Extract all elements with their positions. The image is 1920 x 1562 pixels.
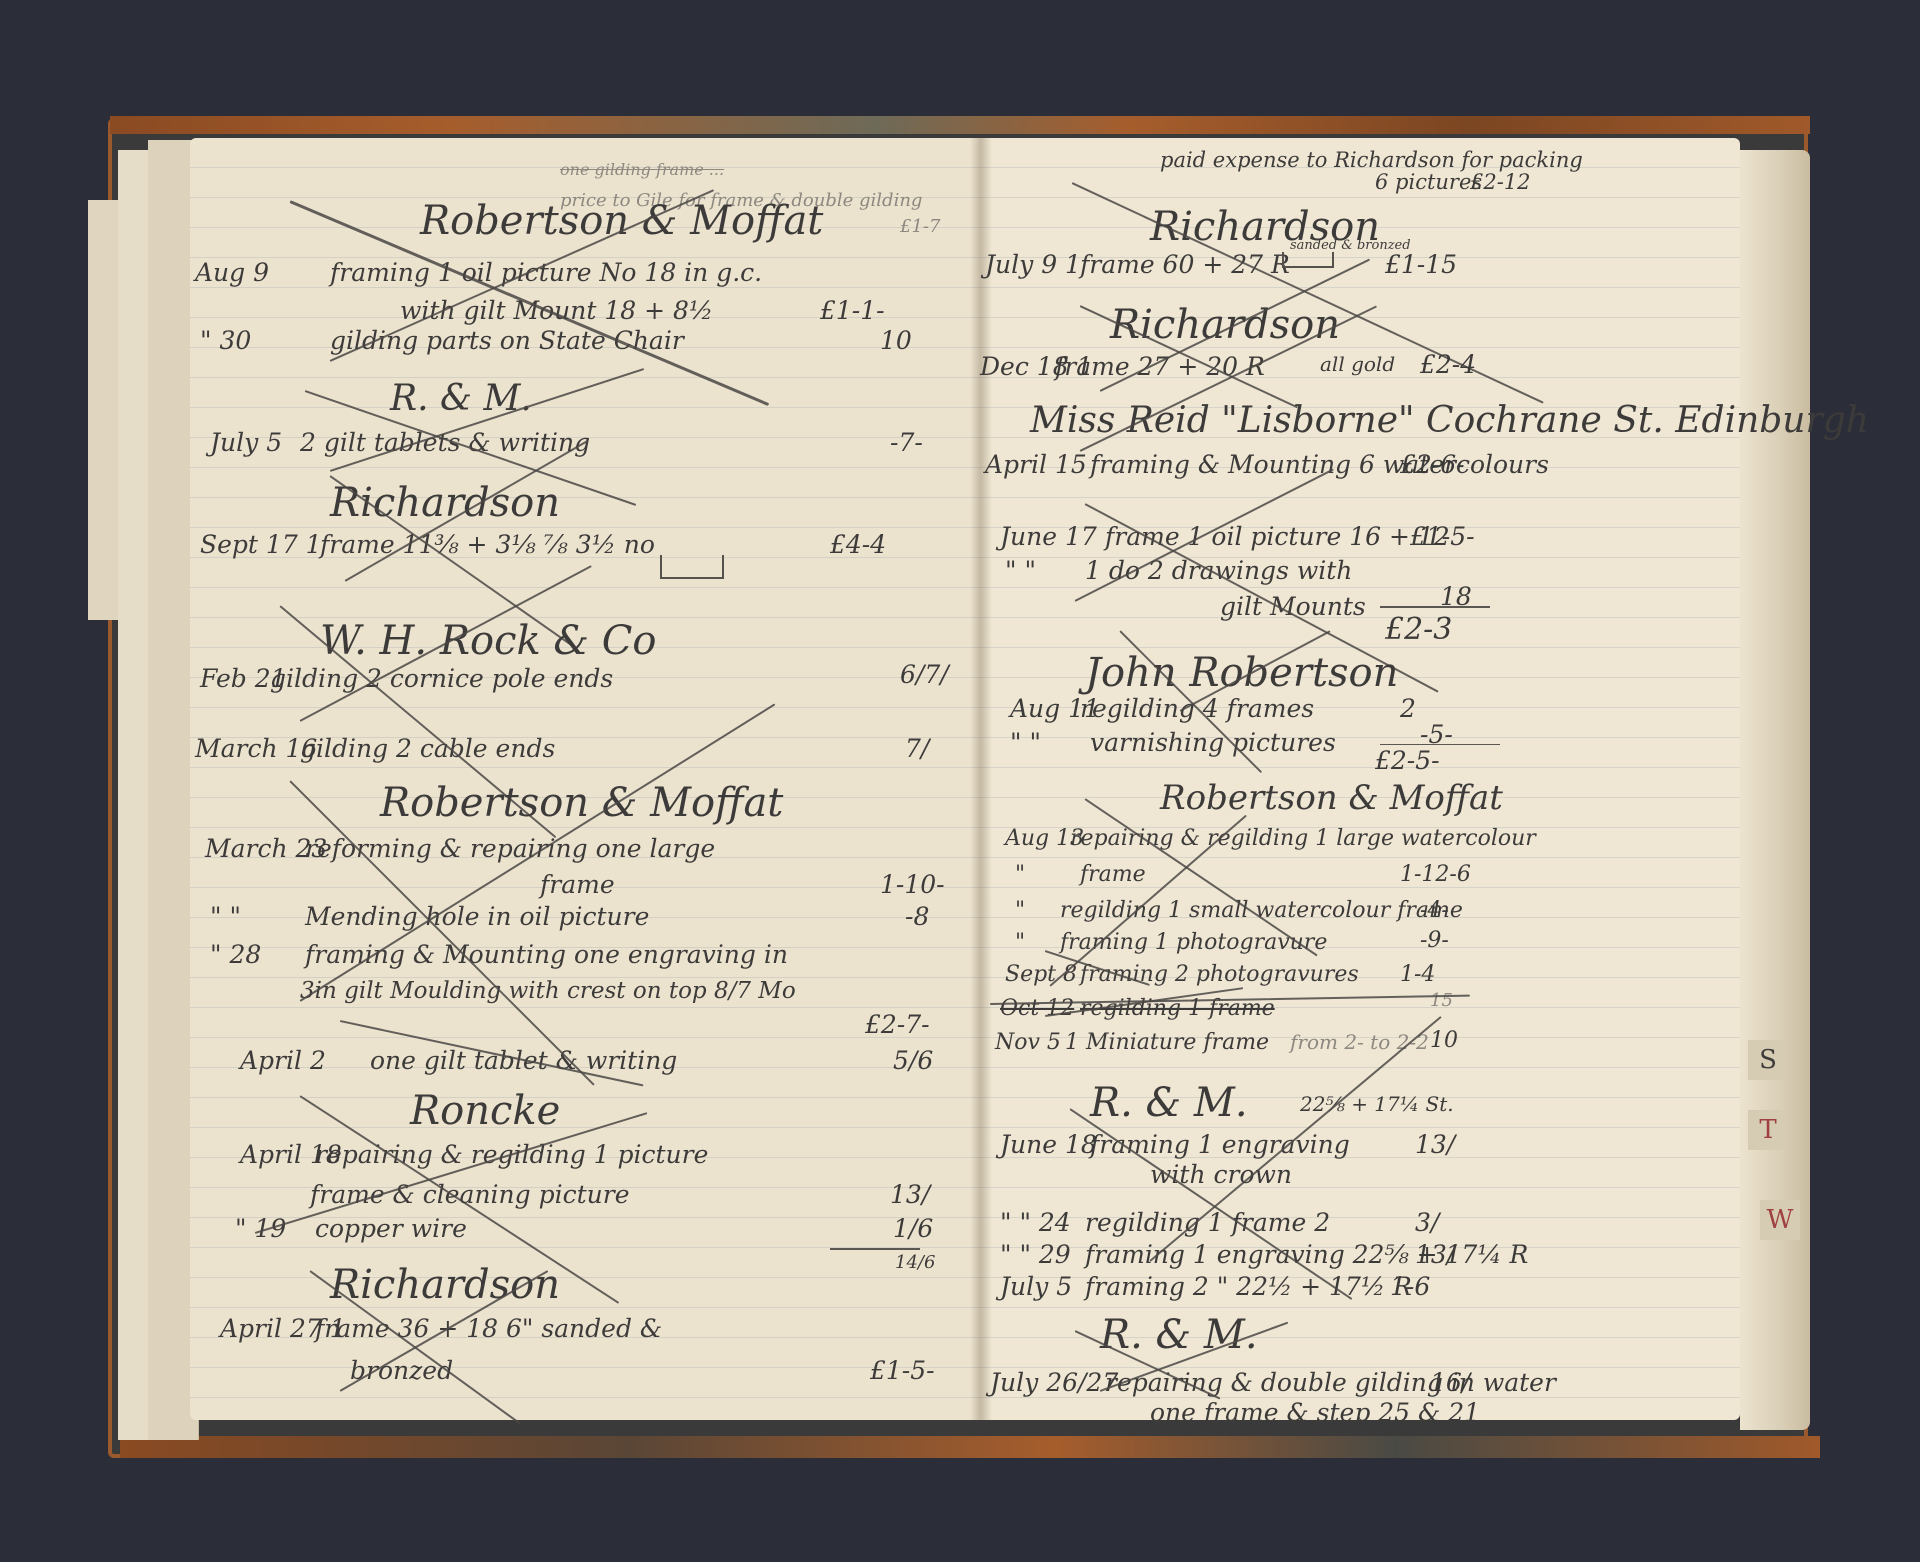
entry-amount: -9- xyxy=(1420,928,1449,953)
entry-note: all gold xyxy=(1320,352,1395,376)
account-name: John Robertson xyxy=(1085,650,1398,696)
total-rule xyxy=(1380,744,1500,745)
entry-desc: repairing & double gilding in water xyxy=(1105,1368,1556,1397)
entry-desc: framing 1 engraving xyxy=(1090,1130,1350,1159)
index-tab-w[interactable]: W xyxy=(1760,1200,1800,1240)
account-name: Miss Reid "Lisborne" Cochrane St. Edinbu… xyxy=(1030,400,1869,441)
entry-amount: 13/ xyxy=(1415,1130,1455,1159)
entry-amount: -7- xyxy=(890,428,923,457)
entry-desc: 3in gilt Moulding with crest on top 8/7 … xyxy=(300,978,796,1004)
entry-desc: one frame & step 25 & 21 xyxy=(1150,1398,1480,1427)
entry-date: June 18 xyxy=(1000,1130,1097,1159)
account-name: R. & M. xyxy=(1100,1312,1258,1358)
index-tab-s[interactable]: S xyxy=(1748,1040,1788,1080)
entry-desc: frame 36 + 18 6" sanded & xyxy=(315,1314,662,1343)
top-note-line2: 6 pictures xyxy=(1375,170,1482,194)
entry-amount: £4-4 xyxy=(830,530,886,559)
entry-amount: £1-15 xyxy=(1385,250,1457,279)
entry-amount: 10 xyxy=(880,326,912,355)
entry-desc: with crown xyxy=(1150,1160,1292,1189)
entry-amount: £1-5- xyxy=(1410,522,1475,551)
entry-amount: -8 xyxy=(905,902,929,931)
left-page-stack xyxy=(88,140,198,1440)
entry-desc: framing 2 " 22½ + 17½ R xyxy=(1085,1272,1412,1301)
entry-date: Sept 17 1 xyxy=(200,530,322,559)
account-name: Roncke xyxy=(410,1088,560,1134)
entry-date: " " 29 xyxy=(1000,1240,1071,1269)
entry-date: " " xyxy=(1010,728,1041,757)
entry-amount: £2-6- xyxy=(1400,450,1465,479)
entry-date: April 2 xyxy=(240,1046,326,1075)
entry-date: " " xyxy=(1005,556,1036,585)
total-rule xyxy=(1380,606,1490,608)
account-name: R. & M. xyxy=(1090,1080,1248,1126)
account-name: W. H. Rock & Co xyxy=(320,618,656,664)
binding-top-edge xyxy=(110,116,1810,134)
entry-amount: £1-5- xyxy=(870,1356,935,1385)
moulding-sketch xyxy=(660,555,724,579)
entry-amount: 6/7/ xyxy=(900,660,949,689)
top-note-amount: £1-7 xyxy=(900,216,940,237)
entry-amount: 13/ xyxy=(1415,1240,1455,1269)
entry-desc: copper wire xyxy=(315,1214,467,1243)
entry-date: July 9 1 xyxy=(985,250,1081,279)
entry-desc: Mending hole in oil picture xyxy=(305,902,649,931)
entry-desc: gilding parts on State Chair xyxy=(330,326,684,355)
entry-desc: frame xyxy=(540,870,615,899)
entry-desc: with gilt Mount 18 + 8½ xyxy=(400,296,713,325)
entry-date: " " 24 xyxy=(1000,1208,1071,1237)
entry-amount: -4- xyxy=(1420,898,1449,923)
binding-bottom-edge xyxy=(120,1436,1820,1458)
moulding-sketch xyxy=(1282,252,1334,268)
entry-desc: 1 Miniature frame xyxy=(1065,1030,1269,1055)
entry-desc: repairing & regilding 1 large watercolou… xyxy=(1070,826,1536,851)
entry-date: " " xyxy=(210,902,241,931)
entry-amount: 5/6 xyxy=(893,1046,933,1075)
account-name: Robertson & Moffat xyxy=(380,780,783,826)
entry-amount: £2-4 xyxy=(1420,350,1476,379)
index-tab-t[interactable]: T xyxy=(1748,1110,1788,1150)
entry-desc: framing 1 engraving 22⅝ + 17¼ R xyxy=(1085,1240,1528,1269)
entry-date: March 16 xyxy=(195,734,317,763)
account-name: Richardson xyxy=(330,480,560,526)
entry-amount: 16/ xyxy=(1430,1368,1470,1397)
entry-date: July 5 xyxy=(210,428,282,457)
entry-date: April 15 xyxy=(985,450,1087,479)
entry-desc: bronzed xyxy=(350,1356,453,1385)
entry-desc: gilding 2 cable ends xyxy=(300,734,555,763)
entry-desc: frame 1 oil picture 16 + 12 xyxy=(1105,522,1450,551)
entry-date: " 28 xyxy=(210,940,261,969)
entry-date: " 30 xyxy=(200,326,251,355)
struck-note: one gilding frame ... xyxy=(560,160,724,179)
entry-desc: framing & Mounting one engraving in xyxy=(305,940,788,969)
top-note: paid expense to Richardson for packing xyxy=(1160,148,1583,172)
entry-date: " xyxy=(1015,898,1025,923)
entry-date: Sept 8 xyxy=(1005,962,1077,987)
entry-desc: varnishing pictures xyxy=(1090,728,1336,757)
entry-amount: 15 xyxy=(1430,990,1453,1011)
account-total: 14/6 xyxy=(895,1252,935,1273)
entry-amount: 2 xyxy=(1400,694,1416,723)
entry-date: " 19 xyxy=(235,1214,286,1243)
entry-amount: 1-6 xyxy=(1390,1272,1430,1301)
entry-date: July 5 xyxy=(1000,1272,1072,1301)
account-total: £2-3 xyxy=(1385,612,1452,647)
top-note-amount: £2-12 xyxy=(1470,170,1531,194)
entry-desc: frame 11⅜ + 3⅛ ⅞ 3½ no xyxy=(320,530,655,559)
entry-date: Nov 5 xyxy=(995,1030,1061,1055)
entry-desc: frame 60 + 27 R xyxy=(1080,250,1290,279)
entry-amount: £2-7- xyxy=(865,1010,930,1039)
entry-amount: 3/ xyxy=(1415,1208,1439,1237)
entry-date: " xyxy=(1015,930,1025,955)
entry-amount: £1-1- xyxy=(820,296,885,325)
total-rule xyxy=(830,1248,920,1250)
entry-date: Aug 9 xyxy=(195,258,269,287)
book-gutter xyxy=(970,138,992,1420)
entry-amount: 1-4 xyxy=(1400,962,1435,987)
entry-amount: 7/ xyxy=(905,734,929,763)
entry-amount: 1/6 xyxy=(893,1214,933,1243)
right-page-stack: S T W xyxy=(1740,150,1810,1430)
entry-amount: 1-10- xyxy=(880,870,945,899)
entry-desc: 1 do 2 drawings with xyxy=(1085,556,1352,585)
entry-amount: 10 xyxy=(1430,1028,1458,1053)
entry-desc: frame xyxy=(1080,862,1146,887)
entry-desc: gilding 2 cornice pole ends xyxy=(270,664,613,693)
account-total: £2-5- xyxy=(1375,746,1440,775)
header-note: 22⅝ + 17¼ St. xyxy=(1300,1092,1454,1116)
entry-amount: 1-12-6 xyxy=(1400,862,1471,887)
account-name: Robertson & Moffat xyxy=(420,198,823,244)
entry-date: July 26/27 xyxy=(990,1368,1118,1397)
entry-date: " xyxy=(1015,862,1025,887)
account-name: Robertson & Moffat xyxy=(1160,778,1503,818)
entry-date: Oct 12 xyxy=(1000,996,1074,1021)
entry-desc: gilt Mounts xyxy=(1220,592,1366,621)
entry-amount: 13/ xyxy=(890,1180,930,1209)
entry-date: June 17 xyxy=(1000,522,1097,551)
